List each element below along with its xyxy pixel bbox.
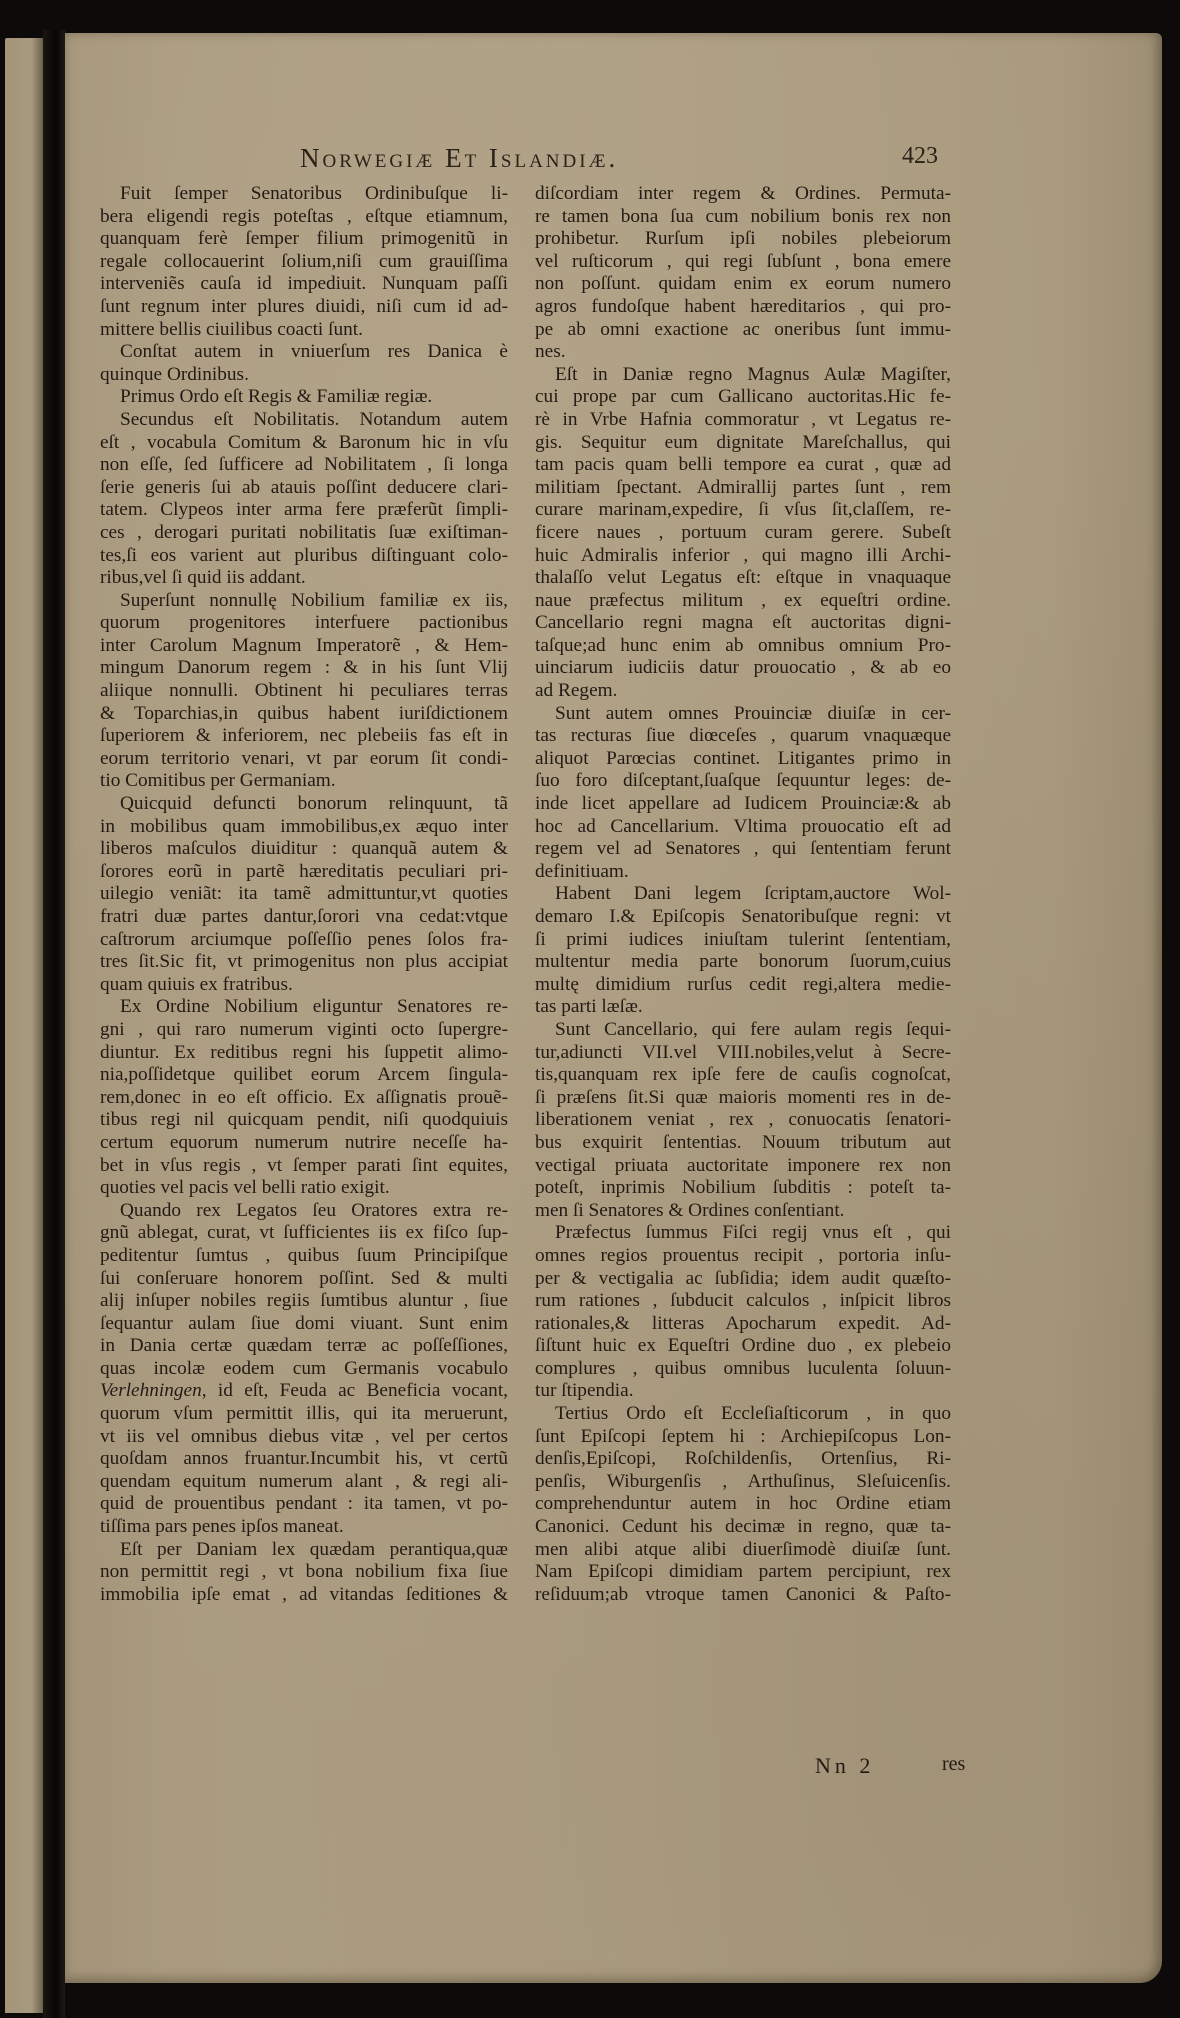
text-line: tam pacis quam belli tempore ea curat , … xyxy=(535,454,951,477)
text-line: multentur media parte bonorum ſuorum,cui… xyxy=(535,951,951,974)
text-line: quid de prouentibus pendant : ita tamen,… xyxy=(100,1493,508,1516)
text-line: liberos maſculos diuiditur : quanquã aut… xyxy=(100,838,508,861)
text-line: certum equorum numerum nutrire neceſſe h… xyxy=(100,1132,508,1155)
book-page: Norwegiæ Et Islandiæ. 423 Fuit ſemper Se… xyxy=(65,33,1162,1983)
text-line: quas incolæ eodem cum Germanis vocabulo xyxy=(100,1358,508,1381)
text-line: Tertius Ordo eſt Eccleſiaſticorum , in q… xyxy=(535,1403,951,1426)
text-line: huic Admiralis inferior , qui magno illi… xyxy=(535,545,951,568)
text-line: gnũ ablegat, curat, vt ſufficientes iis … xyxy=(100,1222,508,1245)
text-line: ſunt regnum inter plures diuidi, niſi cu… xyxy=(100,296,508,319)
text-line: aliique nonnulli. Obtinent hi peculiares… xyxy=(100,680,508,703)
text-line: alij inſuper nobiles regiis ſumtibus alu… xyxy=(100,1290,508,1313)
text-line: bet in vſus regis , vt ſemper parati ſin… xyxy=(100,1155,508,1178)
text-line: taſque;ad hunc enim ab omnibus omnium Pr… xyxy=(535,635,951,658)
text-line: prohibetur. Rurſum ipſi nobiles plebeior… xyxy=(535,228,951,251)
text-line: tur ſtipendia. xyxy=(535,1380,951,1403)
text-line: uinciarum iudiciis datur prouocatio , & … xyxy=(535,657,951,680)
text-line: mittere bellis ciuilibus coacti ſunt. xyxy=(100,319,508,342)
text-line: ſi primi iudices iniuſtam tulerint ſente… xyxy=(535,929,951,952)
running-head: Norwegiæ Et Islandiæ. 423 xyxy=(65,115,1162,155)
text-line: mingum Danorum regem : & in his ſunt Vli… xyxy=(100,657,508,680)
text-line: Præfectus ſummus Fiſci regij vnus eſt , … xyxy=(535,1222,951,1245)
text-line: Eſt per Daniam lex quædam perantiqua,quæ xyxy=(100,1539,508,1562)
text-line: Nam Epiſcopi dimidiam partem percipiunt,… xyxy=(535,1561,951,1584)
text-line: ſuo foro diſceptant,ſuaſque ſequuntur le… xyxy=(535,770,951,793)
text-line: naue præfectus militum , ex equeſtri ord… xyxy=(535,590,951,613)
text-line: ſorores eorũ in partẽ hæreditatis peculi… xyxy=(100,861,508,884)
text-line: Eſt in Daniæ regno Magnus Aulæ Magiſter, xyxy=(535,364,951,387)
text-line: ſerie generis ſui ab atauis poſſint dedu… xyxy=(100,477,508,500)
text-line: Superſunt nonnullę Nobilium familiæ ex i… xyxy=(100,590,508,613)
text-line: non permittit regi , vt bona nobilium fi… xyxy=(100,1561,508,1584)
text-line: aliquot Parœcias continet. Litigantes pr… xyxy=(535,748,951,771)
text-line: quendam equitum numerum alant , & regi a… xyxy=(100,1471,508,1494)
text-line: gni , qui raro numerum viginti octo ſupe… xyxy=(100,1019,508,1042)
text-line: Conſtat autem in vniuerſum res Danica è xyxy=(100,341,508,364)
text-line: hoc ad Cancellarium. Vltima prouocatio e… xyxy=(535,816,951,839)
text-line: demaro I.& Epiſcopis Senatoribuſque regn… xyxy=(535,906,951,929)
text-line: vel ruſticorum , qui regi ſubſunt , bona… xyxy=(535,251,951,274)
text-line: non eſſe, ſed ſufficere ad Nobilitatem ,… xyxy=(100,454,508,477)
text-line: & Toparchias,in quibus habent iuriſdicti… xyxy=(100,703,508,726)
text-line: reſiduum;ab vtroque tamen Canonici & Paſ… xyxy=(535,1584,951,1607)
text-line: comprehenduntur autem in hoc Ordine etia… xyxy=(535,1493,951,1516)
text-line: quam quiuis ex fratribus. xyxy=(100,974,508,997)
text-line: peditentur ſumtus , quibus ſuum Principi… xyxy=(100,1245,508,1268)
text-line: regem vel ad Senatores , qui ſententiam … xyxy=(535,838,951,861)
page-number: 423 xyxy=(902,143,938,170)
text-line: denſis,Epiſcopi, Roſchildenſis, Ortenſiu… xyxy=(535,1448,951,1471)
text-line: ſuperiorem & inferiorem, nec plebeiis fa… xyxy=(100,725,508,748)
text-line: interveniẽs cauſa id impediuit. Nunquam … xyxy=(100,273,508,296)
text-line: pe ab omni exactione ac oneribus ſunt im… xyxy=(535,319,951,342)
text-line: Sunt Cancellario, qui fere aulam regis ſ… xyxy=(535,1019,951,1042)
text-line: thalaſſo velut Legatus eſt: eſtque in vn… xyxy=(535,567,951,590)
text-line: tatem. Clypeos inter arma fere præferũt … xyxy=(100,499,508,522)
text-line: tis,quanquam rex ipſe fere de cauſis cog… xyxy=(535,1064,951,1087)
text-line: Fuit ſemper Senatoribus Ordinibuſque li- xyxy=(100,183,508,206)
book-gutter xyxy=(43,30,65,2018)
text-line: tibus regi nil quicquam pendit, niſi quo… xyxy=(100,1109,508,1132)
text-line: fratri duæ partes dantur,ſorori vna ceda… xyxy=(100,906,508,929)
text-line: rum rationes , ſubducit calculos , inſpi… xyxy=(535,1290,951,1313)
left-text-column: Fuit ſemper Senatoribus Ordinibuſque li-… xyxy=(100,183,508,1606)
text-line: quorum vſum permittit illis, qui ita mer… xyxy=(100,1403,508,1426)
text-line: ribus,vel ſi quid iis addant. xyxy=(100,567,508,590)
text-line: liberationem veniat , rex , conuocatis ſ… xyxy=(535,1109,951,1132)
page-footer: Nn 2 res xyxy=(65,1753,1162,1783)
text-line: definitiuam. xyxy=(535,861,951,884)
text-line: inde licet appellare ad Iudicem Prouinci… xyxy=(535,793,951,816)
text-line: non poſſunt. quidam enim ex eorum numero xyxy=(535,273,951,296)
text-line: per & vectigalia ac ſubſidia; idem audit… xyxy=(535,1268,951,1291)
text-line: quanquam ferè ſemper filium primogenitũ … xyxy=(100,228,508,251)
catchword: res xyxy=(942,1753,965,1776)
text-line: inter Carolum Magnum Imperatorẽ , & Hem- xyxy=(100,635,508,658)
text-line: rè in Vrbe Hafnia commoratur , vt Legatu… xyxy=(535,409,951,432)
text-line: in Dania certæ quædam terræ ac poſſeſſio… xyxy=(100,1335,508,1358)
text-line: in mobilibus quam immobilibus,ex æquo in… xyxy=(100,816,508,839)
text-line: ſi præſens ſit.Si quæ maioris momenti re… xyxy=(535,1087,951,1110)
text-line: multę dimidium rurſus cedit regi,altera … xyxy=(535,974,951,997)
italic-term: Verlehningen xyxy=(100,1380,202,1401)
text-line: poteſt, inprimis Nobilium ſubditis : pot… xyxy=(535,1177,951,1200)
text-line: ficere naues , portuum curam gerere. Sub… xyxy=(535,522,951,545)
text-line: Ex Ordine Nobilium eliguntur Senatores r… xyxy=(100,996,508,1019)
right-text-column: diſcordiam inter regem & Ordines. Permut… xyxy=(535,183,951,1606)
text-line: Habent Dani legem ſcriptam,auctore Wol- xyxy=(535,883,951,906)
text-line: immobilia ipſe emat , ad vitandas ſediti… xyxy=(100,1584,508,1607)
text-line: omnes regios prouentus recipit , portori… xyxy=(535,1245,951,1268)
text-line: eſt , vocabula Comitum & Baronum hic in … xyxy=(100,432,508,455)
text-line: caſtrorum arciumque poſſeſſio penes ſolo… xyxy=(100,929,508,952)
text-line: quinque Ordinibus. xyxy=(100,364,508,387)
text-line: Secundus eſt Nobilitatis. Notandum autem xyxy=(100,409,508,432)
text-line: bus exquirit ſententias. Nouum tributum … xyxy=(535,1132,951,1155)
text-line: rationales,& litteras Apocharum expedit.… xyxy=(535,1313,951,1336)
text-line: curare marinam,expedire, ſi vſus ſit,cla… xyxy=(535,499,951,522)
text-line: agros fundoſque habent hæreditarios , qu… xyxy=(535,296,951,319)
text-line: tio Comitibus per Germaniam. xyxy=(100,770,508,793)
text-line: tes,ſi eos varient aut pluribus diſtingu… xyxy=(100,545,508,568)
text-line: bera eligendi regis poteſtas , eſtque et… xyxy=(100,206,508,229)
text-line: uilegio veniãt: ita tamẽ admittuntur,vt … xyxy=(100,883,508,906)
text-line: rem,donec in eo eſt officio. Ex aſſignat… xyxy=(100,1087,508,1110)
text-line: cui prope par cum Gallicano auctoritas.H… xyxy=(535,386,951,409)
text-line: diuntur. Ex reditibus regni his ſuppetit… xyxy=(100,1042,508,1065)
text-line: Cancellario regni magna eſt auctoritas d… xyxy=(535,612,951,635)
text-line: quoſdam annos fruantur.Incumbit his, vt … xyxy=(100,1448,508,1471)
text-line: re tamen bona ſua cum nobilium bonis rex… xyxy=(535,206,951,229)
text-line: men alibi atque alibi diuerſimodè diuiſæ… xyxy=(535,1539,951,1562)
text-line: men ſi Senatores & Ordines conſentiant. xyxy=(535,1200,951,1223)
text-line: tas parti læſæ. xyxy=(535,996,951,1019)
text-line: ſui conſeruare honorem poſſint. Sed & mu… xyxy=(100,1268,508,1291)
text-line: regale collocauerint ſolium,niſi cum gra… xyxy=(100,251,508,274)
text-line: vt iis vel omnibus diebus vitæ , vel per… xyxy=(100,1426,508,1449)
text-line: nia,poſſidetque quilibet eorum Arcem ſin… xyxy=(100,1064,508,1087)
text-line: tres ſit.Sic fit, vt primogenitus non pl… xyxy=(100,951,508,974)
text-line: eorum territorio venari, vt par eorum ſi… xyxy=(100,748,508,771)
previous-page-edge xyxy=(5,38,43,2013)
text-line: Quando rex Legatos ſeu Oratores extra re… xyxy=(100,1200,508,1223)
text-line: quorum progenitores interfuere pactionib… xyxy=(100,612,508,635)
text-line: tur,adiuncti VII.vel VIII.nobiles,velut … xyxy=(535,1042,951,1065)
text-line: Verlehningen, id eſt, Feuda ac Beneficia… xyxy=(100,1380,508,1403)
text-line: quoties vel pacis vel belli ratio exigit… xyxy=(100,1177,508,1200)
running-head-title: Norwegiæ Et Islandiæ. xyxy=(300,143,618,174)
text-line: militiam ſpectant. Admirallij partes ſun… xyxy=(535,477,951,500)
text-line: ſiſtunt huic ex Equeſtri Ordine duo , ex… xyxy=(535,1335,951,1358)
text-line: Primus Ordo eſt Regis & Familiæ regiæ. xyxy=(100,386,508,409)
text-line: Canonici. Cedunt his decimæ in regno, qu… xyxy=(535,1516,951,1539)
text-line: complures , quibus omnibus luculenta ſol… xyxy=(535,1358,951,1381)
text-line: ces , derogari puritati nobilitatis ſuæ … xyxy=(100,522,508,545)
text-line: vectigal priuata auctoritate imponere re… xyxy=(535,1155,951,1178)
text-line: Sunt autem omnes Prouinciæ diuiſæ in cer… xyxy=(535,703,951,726)
text-line: gis. Sequitur eum dignitate Mareſchallus… xyxy=(535,432,951,455)
signature-mark: Nn 2 xyxy=(815,1753,874,1779)
text-line: diſcordiam inter regem & Ordines. Permut… xyxy=(535,183,951,206)
text-line: ſunt Epiſcopi ſeptem hi : Archiepiſcopus… xyxy=(535,1426,951,1449)
text-line: Quicquid defuncti bonorum relinquunt, tã xyxy=(100,793,508,816)
text-line: penſis, Wiburgenſis , Arthuſinus, Sleſui… xyxy=(535,1471,951,1494)
text-line: ad Regem. xyxy=(535,680,951,703)
text-line: nes. xyxy=(535,341,951,364)
text-line: ſequantur aulam ſiue domi viuant. Sunt e… xyxy=(100,1313,508,1336)
text-line: tas recturas ſiue diœceſes , quarum vnaq… xyxy=(535,725,951,748)
text-line: tiſſima pars penes ipſos maneat. xyxy=(100,1516,508,1539)
